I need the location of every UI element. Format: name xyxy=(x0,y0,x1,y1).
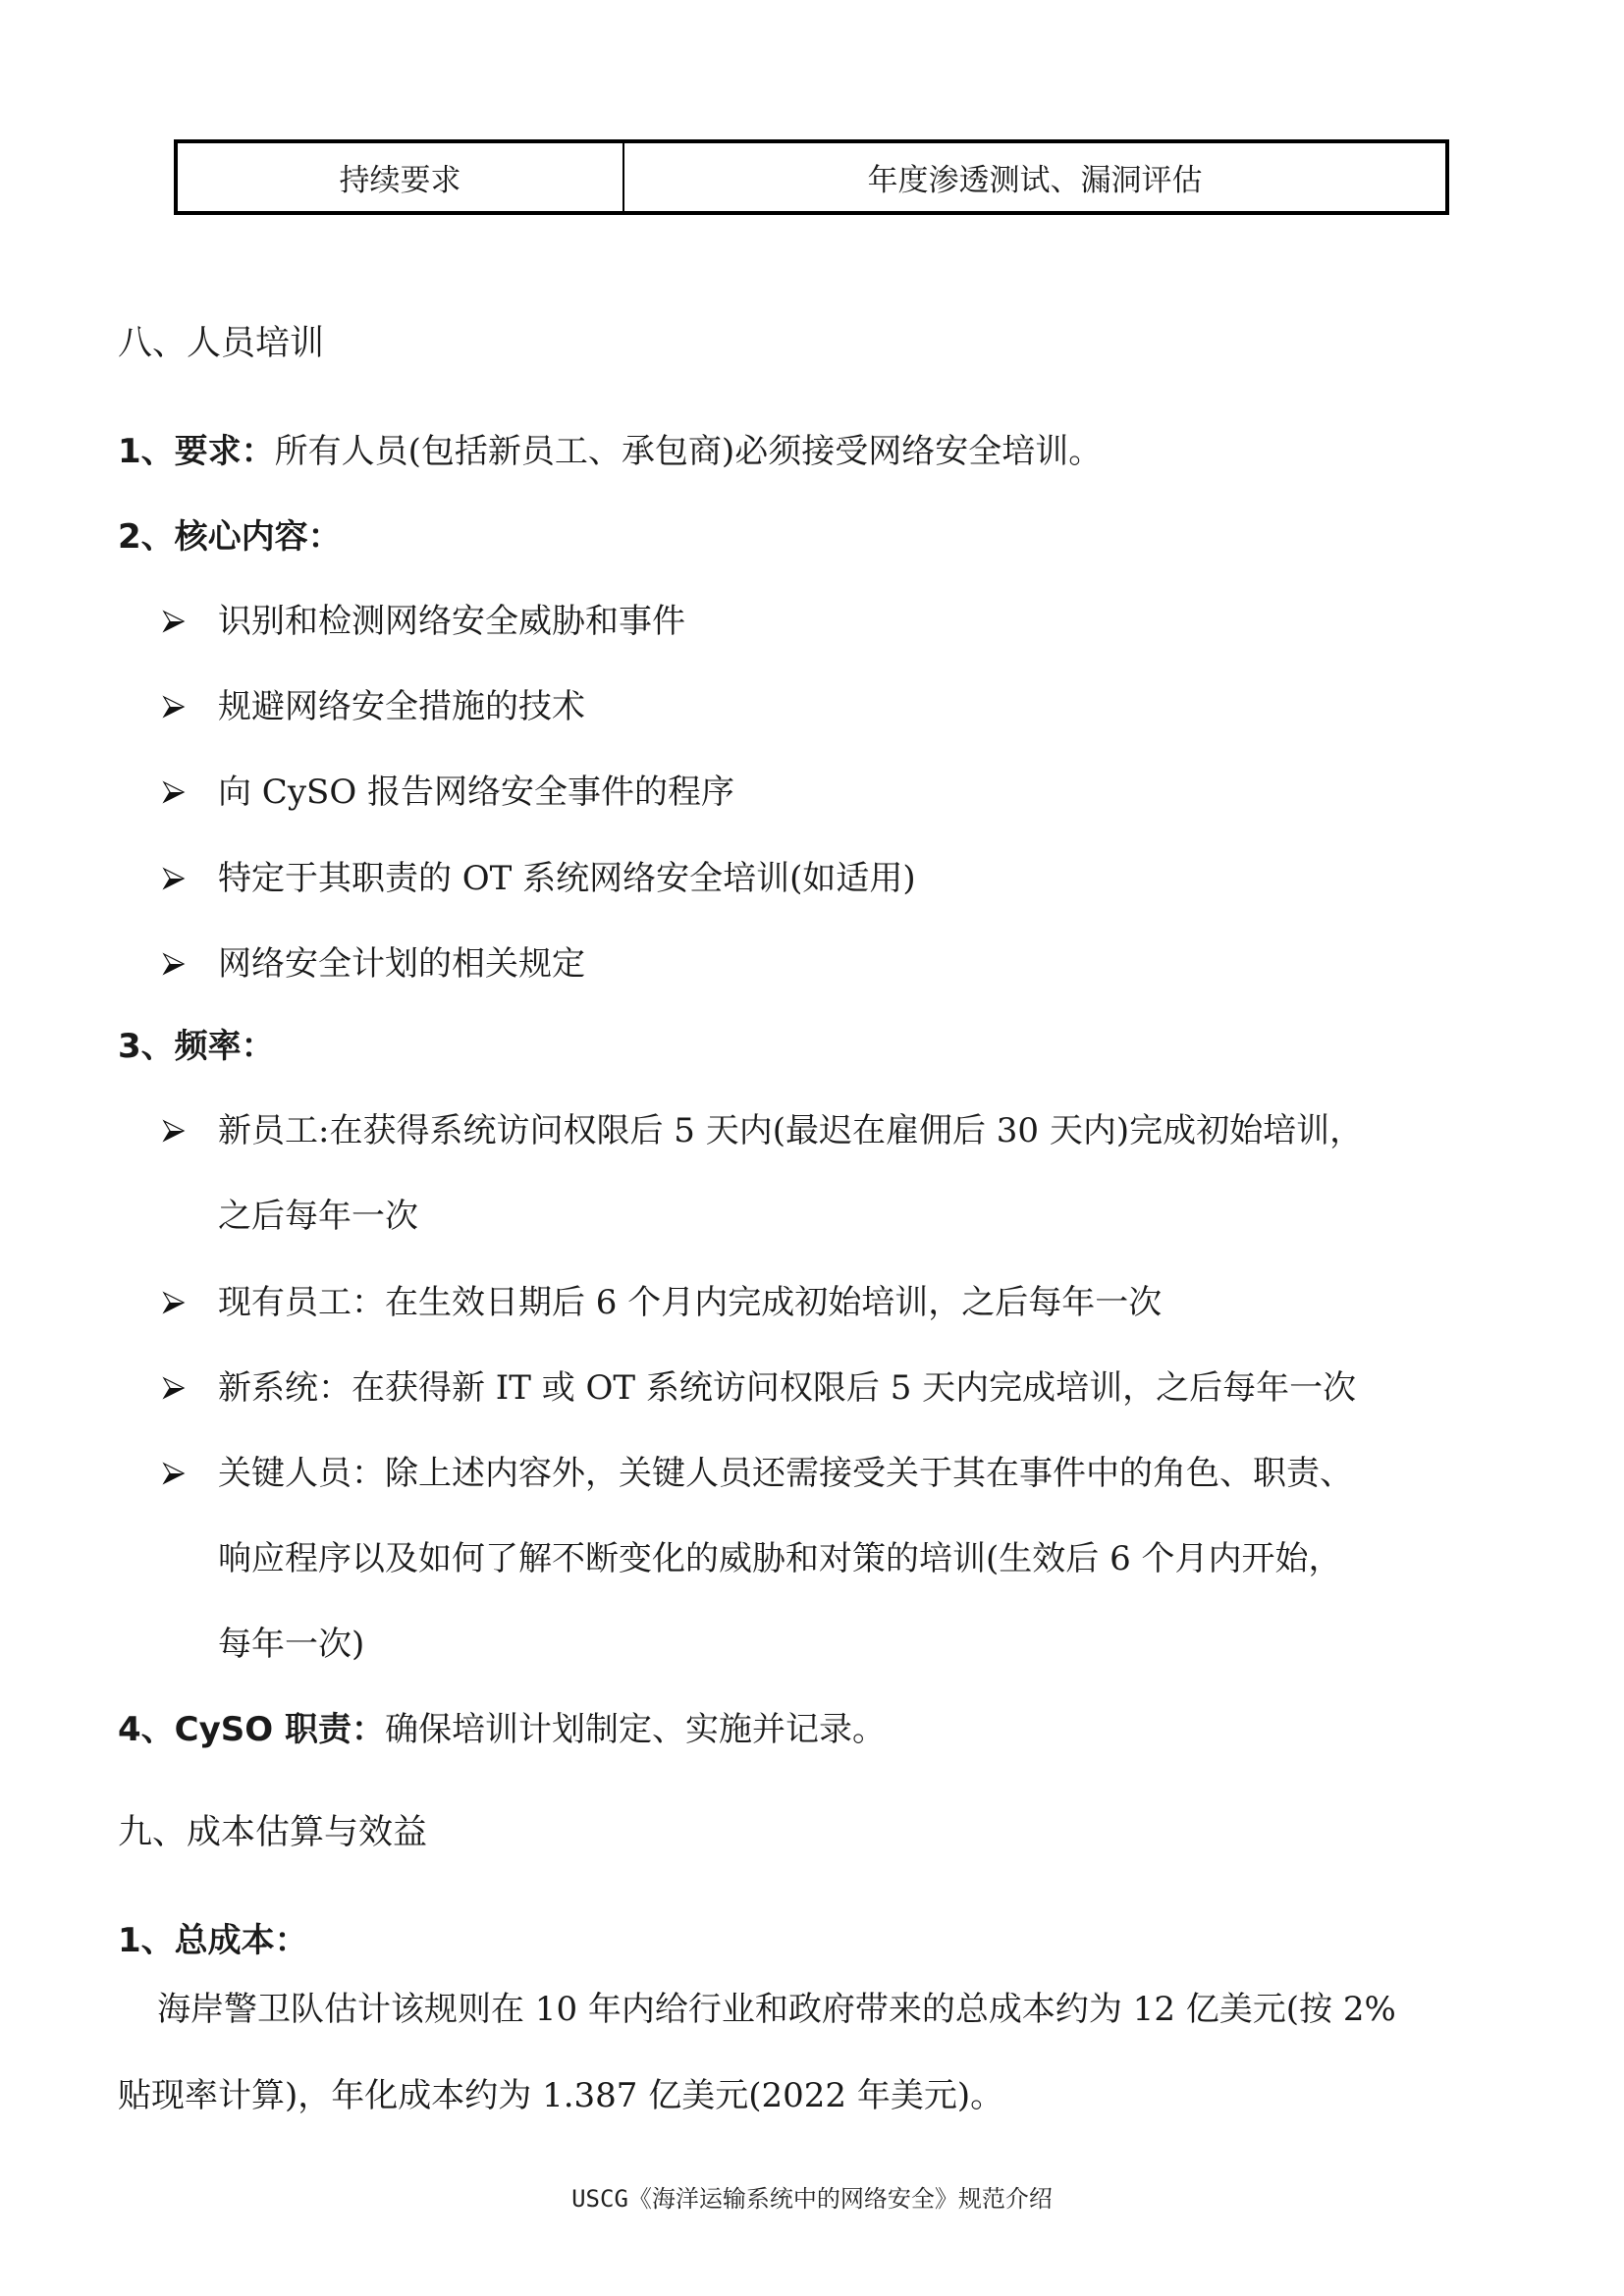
bullet-text: 特定于其职责的 OT 系统网络安全培训(如适用) xyxy=(218,857,916,900)
bullet-text: 网络安全计划的相关规定 xyxy=(218,942,585,986)
bullet-text: 规避网络安全措施的技术 xyxy=(218,685,585,728)
item-label: 1、要求： xyxy=(118,432,275,471)
bullet-text: 识别和检测网络安全威胁和事件 xyxy=(218,600,685,643)
bullet-continuation: 每年一次) xyxy=(218,1623,364,1666)
table-cell-value: 年度渗透测试、漏洞评估 xyxy=(624,143,1445,211)
requirements-table: 持续要求 年度渗透测试、漏洞评估 xyxy=(174,139,1449,215)
item-label: 4、CySO 职责： xyxy=(118,1710,385,1749)
item-text: 所有人员(包括新员工、承包商)必须接受网络安全培训。 xyxy=(275,432,1103,471)
bullet-continuation: 之后每年一次 xyxy=(218,1195,418,1238)
cost-paragraph-line: 海岸警卫队估计该规则在 10 年内给行业和政府带来的总成本约为 12 亿美元(按… xyxy=(157,1988,1396,2031)
item-text: 确保培训计划制定、实施并记录。 xyxy=(385,1710,886,1749)
section-heading-cost-benefit: 九、成本估算与效益 xyxy=(118,1811,427,1854)
bullet-text: 向 CySO 报告网络安全事件的程序 xyxy=(218,771,734,814)
bullet-text: 现有员工：在生效日期后 6 个月内完成初始培训，之后每年一次 xyxy=(218,1281,1162,1324)
bullet-continuation: 响应程序以及如何了解不断变化的威胁和对策的培训(生效后 6 个月内开始， xyxy=(218,1537,1342,1580)
requirement-item: 1、要求：所有人员(包括新员工、承包商)必须接受网络安全培训。 xyxy=(118,430,1102,473)
page-footer: USCG《海洋运输系统中的网络安全》规范介绍 xyxy=(0,2183,1624,2215)
bullet-text: 新系统：在获得新 IT 或 OT 系统访问权限后 5 天内完成培训，之后每年一次 xyxy=(218,1366,1356,1410)
section-heading-personnel-training: 八、人员培训 xyxy=(118,322,324,365)
frequency-label: 3、频率： xyxy=(118,1025,275,1068)
cyso-responsibility-item: 4、CySO 职责：确保培训计划制定、实施并记录。 xyxy=(118,1708,886,1751)
bullet-text: 新员工:在获得系统访问权限后 5 天内(最迟在雇佣后 30 天内)完成初始培训， xyxy=(218,1109,1363,1152)
table-cell-label: 持续要求 xyxy=(178,143,624,211)
cost-paragraph-line: 贴现率计算)，年化成本约为 1.387 亿美元(2022 年美元)。 xyxy=(118,2074,1003,2117)
total-cost-label: 1、总成本： xyxy=(118,1919,308,1962)
core-content-label: 2、核心内容： xyxy=(118,515,342,559)
bullet-text: 关键人员：除上述内容外，关键人员还需接受关于其在事件中的角色、职责、 xyxy=(218,1452,1353,1495)
